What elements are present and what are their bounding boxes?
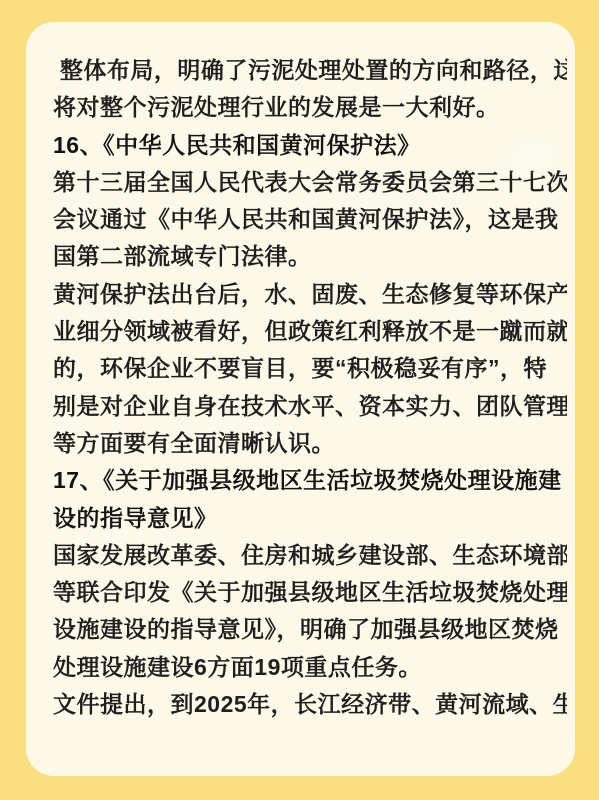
text-line: 国第二部流域专门法律。: [53, 238, 567, 275]
paragraph-sludge-conclusion: 整体布局，明确了污泥处理处置的方向和路径，这 将对整个污泥处理行业的发展是一大利…: [53, 52, 567, 127]
content-card: 整体布局，明确了污泥处理处置的方向和路径，这 将对整个污泥处理行业的发展是一大利…: [26, 22, 575, 776]
heading-item-16: 16、《中华人民共和国黄河保护法》: [53, 127, 567, 164]
paragraph-yellow-river-intro: 第十三届全国人民代表大会常务委员会第三十七次 会议通过《中华人民共和国黄河保护法…: [53, 164, 567, 276]
text-line: 等方面要有全面清晰认识。: [53, 425, 567, 462]
text-line: 的，环保企业不要盲目，要“积极稳妥有序”，特: [53, 350, 567, 387]
text-line: 会议通过《中华人民共和国黄河保护法》，这是我: [53, 201, 567, 238]
text-line: 国家发展改革委、住房和城乡建设部、生态环境部: [53, 537, 567, 574]
heading-line: 16、《中华人民共和国黄河保护法》: [53, 127, 567, 164]
text-line: 处理设施建设6方面19项重点任务。: [53, 649, 567, 686]
watermark-smudge: [516, 143, 552, 169]
text-line: 整体布局，明确了污泥处理处置的方向和路径，这: [53, 52, 567, 89]
text-line: 等联合印发《关于加强县级地区生活垃圾焚烧处理: [53, 574, 567, 611]
paragraph-incineration-guideline: 国家发展改革委、住房和城乡建设部、生态环境部 等联合印发《关于加强县级地区生活垃…: [53, 537, 567, 686]
heading-item-17: 17、《关于加强县级地区生活垃圾焚烧处理设施建 设的指导意见》: [53, 462, 567, 537]
paragraph-yellow-river-analysis: 黄河保护法出台后，水、固废、生态修复等环保产 业细分领域被看好，但政策红利释放不…: [53, 276, 567, 462]
text-line: 将对整个污泥处理行业的发展是一大利好。: [53, 89, 567, 126]
paragraph-2025-target: 文件提出，到2025年，长江经济带、黄河流域、生: [53, 686, 567, 723]
heading-line: 设的指导意见》: [53, 500, 567, 537]
heading-line: 17、《关于加强县级地区生活垃圾焚烧处理设施建: [53, 462, 567, 499]
text-line: 黄河保护法出台后，水、固废、生态修复等环保产: [53, 276, 567, 313]
text-line: 别是对企业自身在技术水平、资本实力、团队管理: [53, 388, 567, 425]
text-line: 第十三届全国人民代表大会常务委员会第三十七次: [53, 164, 567, 201]
article-text: 整体布局，明确了污泥处理处置的方向和路径，这 将对整个污泥处理行业的发展是一大利…: [53, 52, 567, 723]
text-line: 业细分领域被看好，但政策红利释放不是一蹴而就: [53, 313, 567, 350]
text-line: 设施建设的指导意见》，明确了加强县级地区焚烧: [53, 611, 567, 648]
article-page: 整体布局，明确了污泥处理处置的方向和路径，这 将对整个污泥处理行业的发展是一大利…: [0, 0, 599, 800]
text-line: 文件提出，到2025年，长江经济带、黄河流域、生: [53, 686, 567, 723]
